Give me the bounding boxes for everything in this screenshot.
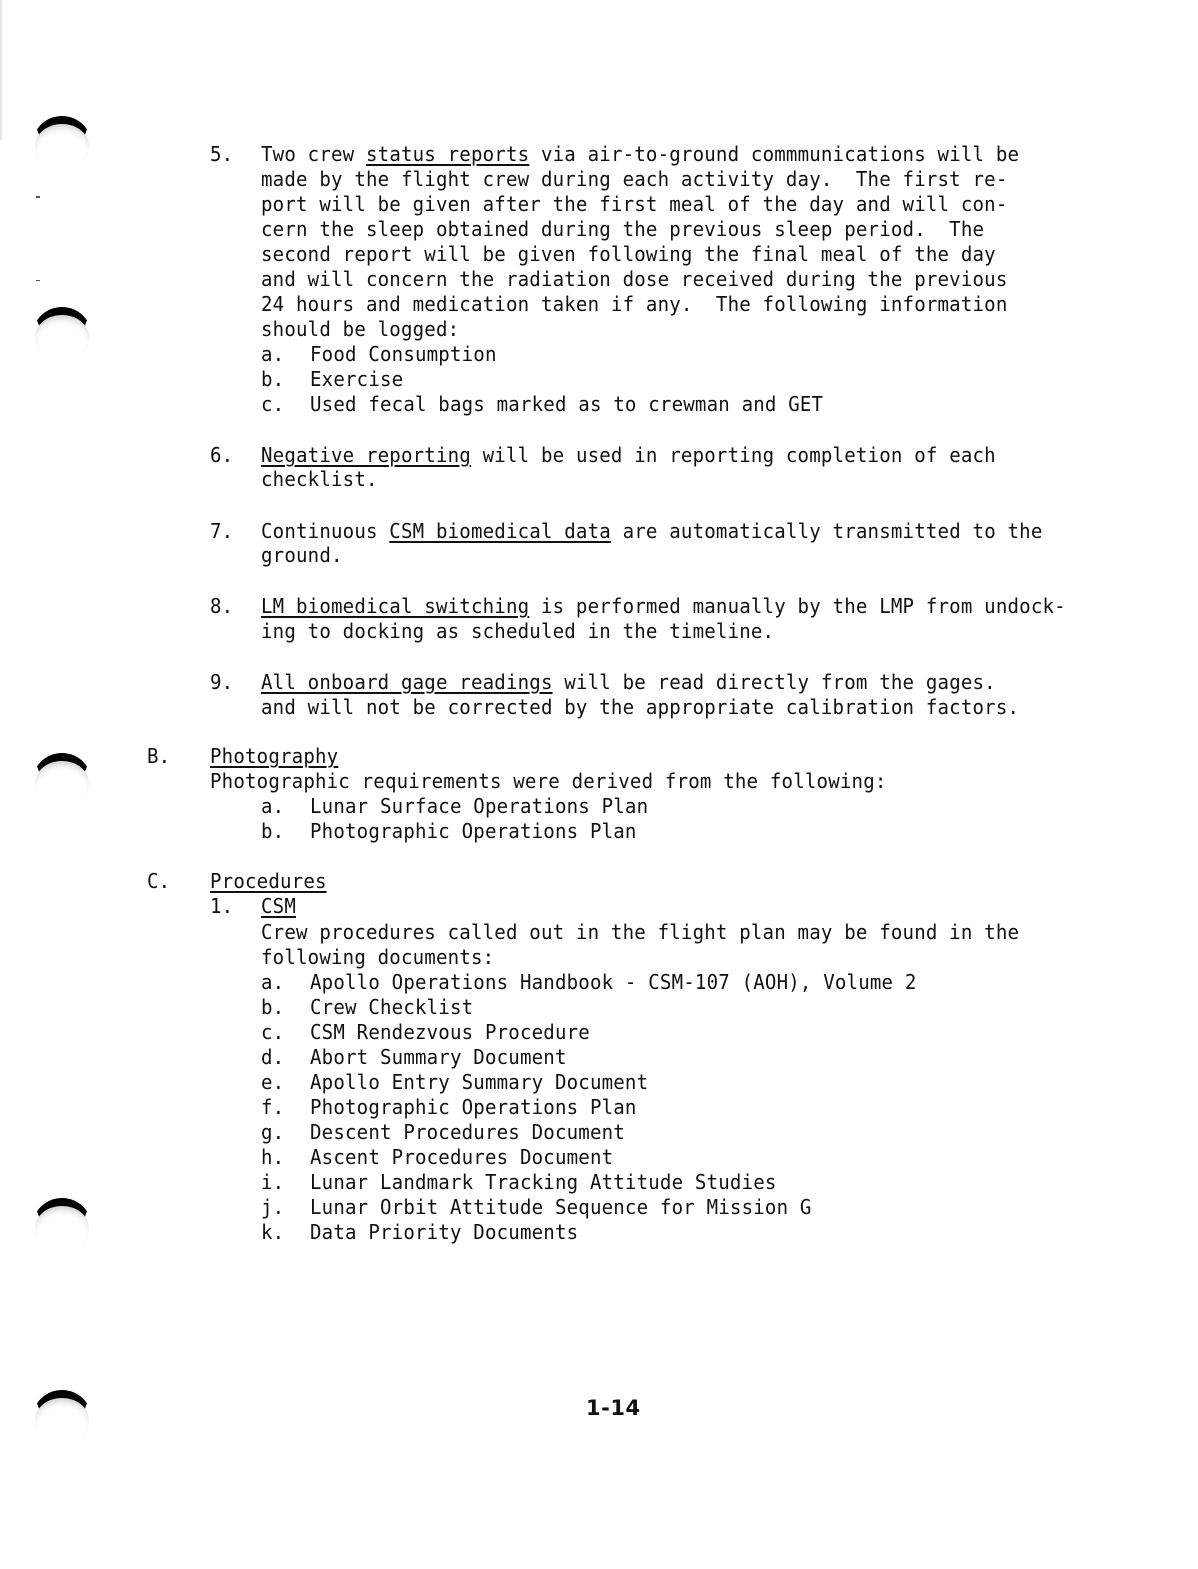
paragraph-line: All onboard gage readings will be read d…: [261, 670, 996, 695]
text: will be read directly from the gages.: [553, 670, 996, 694]
document-page: 5. Two crew status reports via air-to-gr…: [0, 0, 1198, 1569]
binder-hole-icon: [32, 753, 92, 813]
binder-hole-icon: [32, 116, 92, 176]
document-label: i.: [261, 1170, 284, 1195]
text: via air-to-ground commmunications will b…: [529, 142, 1019, 166]
paragraph-line: Negative reporting will be used in repor…: [261, 443, 996, 468]
underlined-term: LM biomedical switching: [261, 594, 529, 618]
document-label: k.: [261, 1220, 284, 1245]
subitem-label: b.: [261, 367, 284, 392]
paragraph-line: ing to docking as scheduled in the timel…: [261, 619, 774, 644]
paragraph-line: made by the flight crew during each acti…: [261, 167, 1008, 192]
document-label: j.: [261, 1195, 284, 1220]
underlined-term: CSM biomedical data: [389, 519, 611, 543]
paragraph-line: cern the sleep obtained during the previ…: [261, 217, 984, 242]
document-title: Crew Checklist: [310, 995, 473, 1020]
item-number: 7.: [210, 519, 233, 544]
document-title: Apollo Operations Handbook - CSM-107 (AO…: [310, 970, 917, 995]
paragraph-line: checklist.: [261, 467, 378, 492]
subitem-text: Exercise: [310, 367, 403, 392]
subitem-label: a.: [261, 794, 284, 819]
scan-speck: [36, 196, 40, 198]
underlined-term: Negative reporting: [261, 443, 471, 467]
document-title: Data Priority Documents: [310, 1220, 578, 1245]
document-label: f.: [261, 1095, 284, 1120]
text: will be used in reporting completion of …: [471, 443, 996, 467]
document-title: Lunar Orbit Attitude Sequence for Missio…: [310, 1195, 812, 1220]
item-number: 9.: [210, 670, 233, 695]
subitem-label: b.: [261, 819, 284, 844]
scan-edge: [0, 0, 2, 140]
document-title: Ascent Procedures Document: [310, 1145, 613, 1170]
text: Two crew: [261, 142, 366, 166]
document-label: g.: [261, 1120, 284, 1145]
binder-hole-icon: [32, 307, 92, 367]
document-title: Abort Summary Document: [310, 1045, 567, 1070]
subsection-number: 1.: [210, 894, 233, 919]
document-label: d.: [261, 1045, 284, 1070]
section-heading: Procedures: [210, 869, 327, 894]
document-label: c.: [261, 1020, 284, 1045]
paragraph-line: ground.: [261, 543, 343, 568]
document-label: b.: [261, 995, 284, 1020]
item-number: 6.: [210, 443, 233, 468]
underlined-term: All onboard gage readings: [261, 670, 553, 694]
section-letter: C.: [147, 869, 170, 894]
subitem-text: Lunar Surface Operations Plan: [310, 794, 648, 819]
document-title: Lunar Landmark Tracking Attitude Studies: [310, 1170, 777, 1195]
document-label: a.: [261, 970, 284, 995]
paragraph-line: LM biomedical switching is performed man…: [261, 594, 1066, 619]
paragraph-line: and will concern the radiation dose rece…: [261, 267, 1008, 292]
subitem-text: Photographic Operations Plan: [310, 819, 637, 844]
section-letter: B.: [147, 744, 170, 769]
paragraph-line: Continuous CSM biomedical data are autom…: [261, 519, 1043, 544]
binder-hole-icon: [32, 1390, 92, 1450]
subsection-heading: CSM: [261, 894, 296, 919]
subitem-label: a.: [261, 342, 284, 367]
document-title: Apollo Entry Summary Document: [310, 1070, 648, 1095]
subitem-text: Used fecal bags marked as to crewman and…: [310, 392, 823, 417]
text: are automatically transmitted to the: [611, 519, 1043, 543]
underlined-term: status reports: [366, 142, 529, 166]
paragraph-line: and will not be corrected by the appropr…: [261, 695, 1019, 720]
paragraph-line: should be logged:: [261, 317, 459, 342]
paragraph-line: Photographic requirements were derived f…: [210, 769, 887, 794]
paragraph-line: 24 hours and medication taken if any. Th…: [261, 292, 1008, 317]
binder-hole-icon: [32, 1198, 92, 1258]
subitem-text: Food Consumption: [310, 342, 497, 367]
text: Continuous: [261, 519, 389, 543]
paragraph-line: second report will be given following th…: [261, 242, 996, 267]
text: is performed manually by the LMP from un…: [529, 594, 1066, 618]
document-label: e.: [261, 1070, 284, 1095]
scan-speck: [36, 280, 40, 281]
item-number: 8.: [210, 594, 233, 619]
paragraph-line: following documents:: [261, 945, 494, 970]
subitem-label: c.: [261, 392, 284, 417]
page-number: 1-14: [586, 1396, 641, 1420]
paragraph-line: Two crew status reports via air-to-groun…: [261, 142, 1019, 167]
document-title: Descent Procedures Document: [310, 1120, 625, 1145]
document-title: CSM Rendezvous Procedure: [310, 1020, 590, 1045]
document-title: Photographic Operations Plan: [310, 1095, 637, 1120]
section-heading: Photography: [210, 744, 338, 769]
paragraph-line: port will be given after the first meal …: [261, 192, 1008, 217]
item-number: 5.: [210, 142, 233, 167]
document-label: h.: [261, 1145, 284, 1170]
paragraph-line: Crew procedures called out in the flight…: [261, 920, 1019, 945]
